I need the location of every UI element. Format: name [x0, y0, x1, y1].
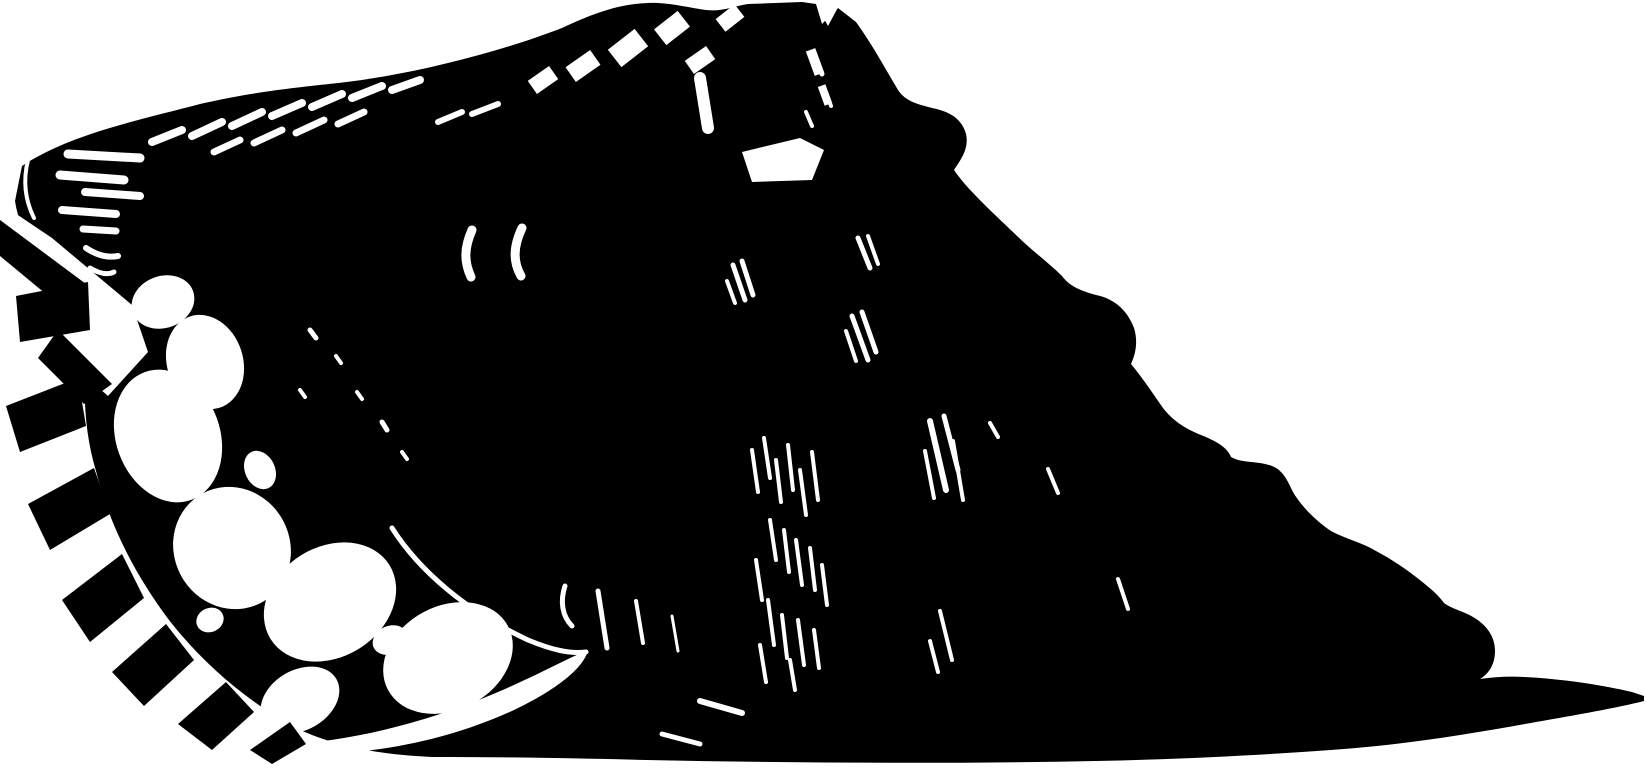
wing-stripe [62, 210, 116, 214]
wing-stripe [68, 154, 140, 158]
wing-stripe [83, 229, 116, 231]
seashell-figure [0, 0, 1646, 769]
wing-stripe [60, 175, 124, 180]
wing-stripe [85, 192, 140, 196]
shoulder-streak [700, 78, 708, 128]
